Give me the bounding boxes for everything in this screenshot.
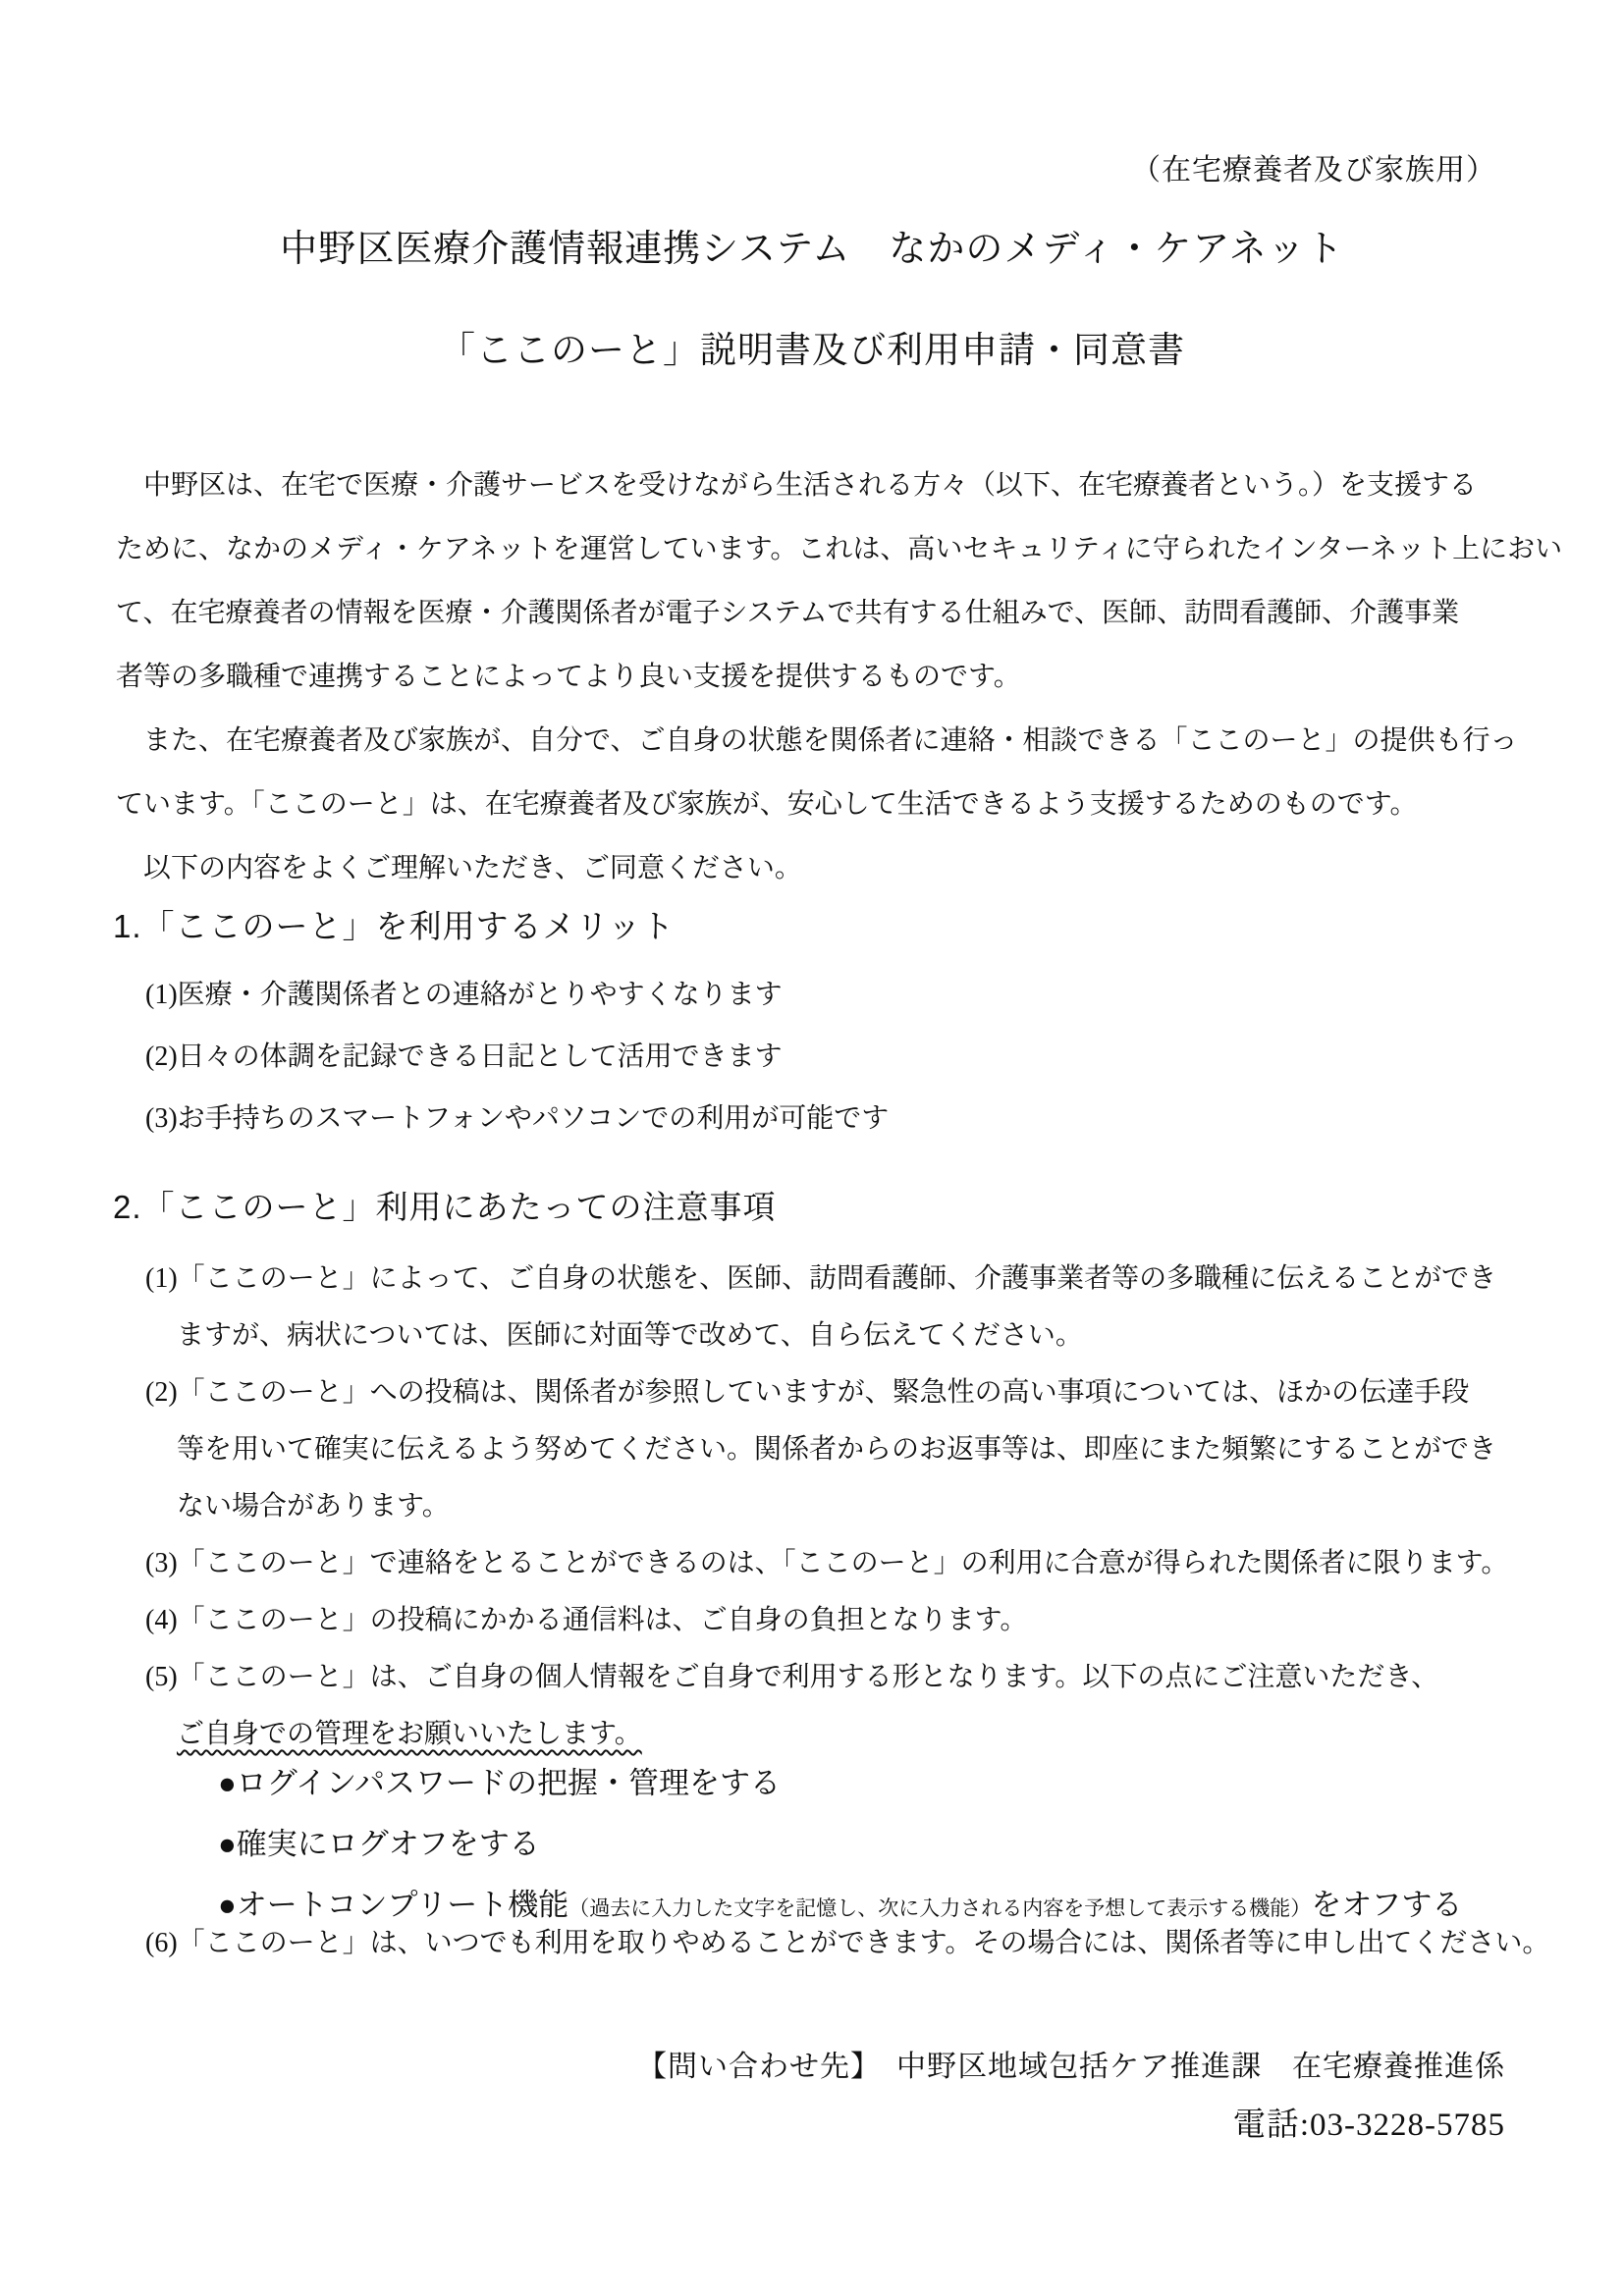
wavy-underlined-text: ご自身での管理をお願いいたします。 <box>177 1719 642 1749</box>
continuation-line: ますが、病状については、医師に対面等で改めて、自ら伝えてください。 <box>145 1308 1527 1364</box>
intro-line: ために、なかのメディ・ケアネットを運営しています。これは、高いセキュリティに守ら… <box>116 517 1510 581</box>
list-item: (1)医療・介護関係者との連絡がとりやすくなります <box>145 964 1517 1026</box>
intro-line: 中野区は、在宅で医療・介護サービスを受けながら生活される方々（以下、在宅療養者と… <box>116 454 1510 517</box>
bullet-marker-icon: ● <box>218 1766 237 1800</box>
section-cautions-list: (1)「ここのーと」によって、ご自身の状態を、医師、訪問看護師、介護事業者等の多… <box>145 1251 1527 1763</box>
bullet-text: オートコンプリート機能 <box>237 1888 569 1922</box>
list-item: (5)「ここのーと」は、ご自身の個人情報をご自身で利用する形となります。以下の点… <box>145 1649 1527 1706</box>
bullet-list: ●ログインパスワードの把握・管理をする ●確実にログオフをする ●オートコンプリ… <box>218 1753 1534 1936</box>
bullet-marker-icon: ● <box>218 1888 237 1922</box>
section-cautions-heading: 2.「ここのーと」利用にあたっての注意事項 <box>113 1186 1527 1229</box>
continuation-line: ない場合があります。 <box>145 1478 1527 1535</box>
list-item: (2)日々の体調を記録できる日記として活用できます <box>145 1026 1517 1088</box>
corner-note: （在宅療養者及び家族用） <box>1131 145 1496 188</box>
list-item: (3)「ここのーと」で連絡をとることができるのは、「ここのーと」の利用に合意が得… <box>145 1535 1527 1592</box>
continuation-line: 等を用いて確実に伝えるよう努めてください。関係者からのお返事等は、即座にまた頻繁… <box>145 1421 1527 1478</box>
list-item: (3)お手持ちのスマートフォンやパソコンでの利用が可能です <box>145 1088 1517 1149</box>
intro-line: また、在宅療養者及び家族が、自分で、ご自身の状態を関係者に連絡・相談できる「ここ… <box>116 709 1510 773</box>
intro-line: 以下の内容をよくご理解いただき、ご同意ください。 <box>116 836 1510 900</box>
bullet-text: ログインパスワードの把握・管理をする <box>237 1766 781 1800</box>
section-cautions: 2.「ここのーと」利用にあたっての注意事項 (1)「ここのーと」によって、ご自身… <box>113 1186 1527 1763</box>
intro-line: 者等の多職種で連携することによってより良い支援を提供するものです。 <box>116 645 1510 709</box>
bullet-marker-icon: ● <box>218 1827 237 1861</box>
list-item: (4)「ここのーと」の投稿にかかる通信料は、ご自身の負担となります。 <box>145 1592 1527 1649</box>
bullet-item: ●確実にログオフをする <box>218 1814 1534 1875</box>
page-title: 中野区医療介護情報連携システム なかのメディ・ケアネット <box>0 218 1624 272</box>
document-page: （在宅療養者及び家族用） 中野区医療介護情報連携システム なかのメディ・ケアネッ… <box>0 0 1624 2296</box>
phone-number: 電話:03-3228-5785 <box>1233 2099 1505 2145</box>
list-item-withdrawal: (6)「ここのーと」は、いつでも利用を取りやめることができます。その場合には、関… <box>145 1922 1598 1965</box>
section-merits-list: (1)医療・介護関係者との連絡がとりやすくなります (2)日々の体調を記録できる… <box>145 964 1517 1149</box>
bullet-text: 確実にログオフをする <box>237 1827 540 1861</box>
intro-line: ています。「ここのーと」は、在宅療養者及び家族が、安心して生活できるよう支援する… <box>116 773 1510 836</box>
page-subtitle: 「ここのーと」説明書及び利用申請・同意書 <box>0 320 1624 373</box>
section-merits: 1.「ここのーと」を利用するメリット (1)医療・介護関係者との連絡がとりやすく… <box>113 905 1517 1149</box>
contact-info: 【問い合わせ先】 中野区地域包括ケア推進課 在宅療養推進係 <box>637 2042 1505 2085</box>
bullet-suffix: をオフする <box>1311 1888 1462 1922</box>
section-merits-heading: 1.「ここのーと」を利用するメリット <box>113 905 1517 948</box>
intro-line: て、在宅療養者の情報を医療・介護関係者が電子システムで共有する仕組みで、医師、訪… <box>116 581 1510 645</box>
intro-paragraph: 中野区は、在宅で医療・介護サービスを受けながら生活される方々（以下、在宅療養者と… <box>116 454 1510 900</box>
list-item: (1)「ここのーと」によって、ご自身の状態を、医師、訪問看護師、介護事業者等の多… <box>145 1251 1527 1308</box>
bullet-note: （過去に入力した文字を記憶し、次に入力される内容を予想して表示する機能） <box>568 1897 1311 1920</box>
bullet-item: ●ログインパスワードの把握・管理をする <box>218 1753 1534 1814</box>
list-item: (2)「ここのーと」への投稿は、関係者が参照していますが、緊急性の高い事項につい… <box>145 1364 1527 1421</box>
